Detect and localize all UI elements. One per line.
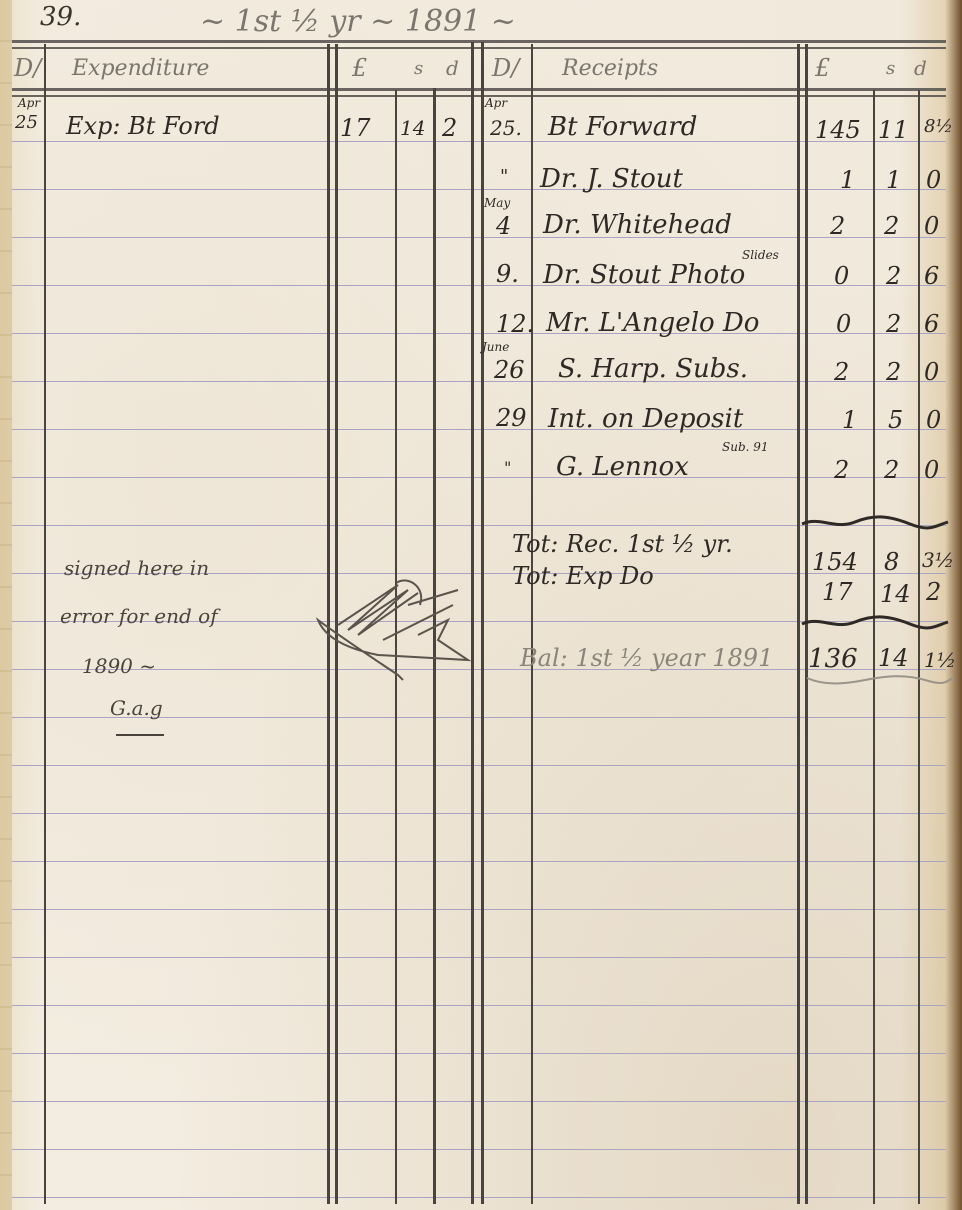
rec-pounds: 0	[836, 310, 851, 338]
total-expenditure-shillings: 14	[880, 580, 911, 608]
rec-day: 12.	[496, 310, 534, 338]
rec-pence: 0	[926, 406, 941, 434]
total-receipts-pounds: 154	[812, 548, 858, 576]
page-number: 39.	[40, 2, 81, 32]
rec-shillings: 1	[886, 166, 901, 194]
header-date-right: D/	[492, 54, 519, 82]
ledger-page: 39. ~ 1st ½ yr ~ 1891 ~ D/ Expenditure £…	[0, 0, 962, 1210]
rec-pounds: 145	[815, 116, 861, 144]
rec-pounds: 1	[842, 406, 857, 434]
rec-day: "	[504, 458, 511, 477]
balance-divider-squiggle	[800, 612, 950, 632]
rec-pounds: 1	[840, 166, 855, 194]
rec-pence: 8½	[924, 116, 953, 137]
header-pence-right: d	[914, 56, 927, 80]
rec-day: 26	[494, 356, 525, 384]
rec-shillings: 2	[886, 310, 901, 338]
rec-pence: 0	[924, 456, 939, 484]
rec-description: Bt Forward	[548, 112, 697, 142]
rec-note: Slides	[742, 248, 779, 262]
exp-pounds: 17	[340, 114, 371, 142]
rec-pounds: 2	[834, 358, 849, 386]
margin-note-line: error for end of	[60, 604, 218, 628]
total-receipts-label: Tot: Rec. 1st ½ yr.	[512, 530, 733, 558]
total-receipts-shillings: 8	[884, 548, 899, 576]
balance-pounds: 136	[808, 644, 858, 674]
rec-description: Int. on Deposit	[548, 404, 743, 434]
rec-pounds: 2	[830, 212, 845, 240]
rec-shillings: 11	[878, 116, 909, 144]
exp-pence: 2	[442, 114, 457, 142]
header-pounds-left: £	[352, 54, 367, 82]
header-shillings-left: s	[414, 58, 423, 79]
total-expenditure-pence: 2	[926, 578, 941, 606]
rec-day: 9.	[496, 260, 519, 288]
balance-label: Bal: 1st ½ year 1891	[520, 644, 773, 672]
exp-month: Apr	[18, 96, 40, 110]
rec-description: G. Lennox	[556, 452, 689, 482]
header-receipts: Receipts	[562, 56, 658, 81]
header-date-left: D/	[14, 54, 41, 82]
col-rule-pence-left-b	[481, 42, 484, 1204]
header-shillings-right: s	[886, 58, 895, 79]
exp-day: 25	[15, 112, 38, 133]
balance-pence: 1½	[924, 648, 956, 672]
rec-shillings: 2	[884, 212, 899, 240]
margin-note-line: 1890 ~	[82, 654, 156, 678]
total-expenditure-pounds: 17	[822, 578, 853, 606]
col-rule-date-right	[531, 44, 533, 1204]
rec-day: "	[500, 166, 508, 187]
exp-description: Exp: Bt Ford	[66, 112, 220, 140]
page-title: ~ 1st ½ yr ~ 1891 ~	[200, 4, 516, 39]
total-receipts-pence: 3½	[922, 548, 954, 572]
rec-shillings: 2	[886, 358, 901, 386]
rec-shillings: 5	[888, 406, 903, 434]
header-top-rule	[12, 40, 946, 43]
margin-note-line: signed here in	[64, 556, 209, 580]
total-divider-squiggle	[800, 512, 950, 532]
rec-description: Dr. Whitehead	[543, 210, 732, 240]
rec-pounds: 0	[834, 262, 849, 290]
rec-shillings: 2	[884, 456, 899, 484]
rec-pence: 0	[926, 166, 941, 194]
rec-pence: 0	[924, 358, 939, 386]
rec-pence: 6	[924, 310, 939, 338]
margin-note-underline	[116, 734, 164, 736]
rec-month: Apr	[485, 96, 507, 110]
rec-month: May	[484, 196, 510, 210]
col-rule-pounds-right	[873, 90, 875, 1204]
rec-description: Mr. L'Angelo Do	[546, 308, 759, 338]
total-expenditure-label: Tot: Exp Do	[512, 562, 654, 590]
col-rule-date-left	[44, 44, 46, 1204]
rec-description: Dr. J. Stout	[540, 164, 683, 194]
header-pence-left: d	[446, 56, 459, 80]
rec-month: June	[482, 340, 509, 354]
rec-day: 4	[496, 212, 511, 240]
rec-day: 29	[496, 404, 527, 432]
rec-shillings: 2	[886, 262, 901, 290]
page-binding-edge	[0, 0, 12, 1210]
header-expenditure: Expenditure	[72, 56, 209, 81]
exp-shillings: 14	[400, 116, 425, 140]
rec-pence: 6	[924, 262, 939, 290]
balance-shillings: 14	[878, 644, 909, 672]
rec-day: 25.	[490, 116, 522, 140]
rec-description: Dr. Stout Photo	[543, 260, 745, 290]
signature-scribble	[308, 565, 478, 690]
header-pounds-right: £	[815, 54, 830, 82]
col-rule-shillings-right	[918, 90, 920, 1204]
margin-note-line: G.a.g	[110, 696, 163, 720]
rec-note: Sub. 91	[722, 440, 769, 454]
rec-pounds: 2	[834, 456, 849, 484]
rec-pence: 0	[924, 212, 939, 240]
rec-description: S. Harp. Subs.	[558, 354, 748, 384]
